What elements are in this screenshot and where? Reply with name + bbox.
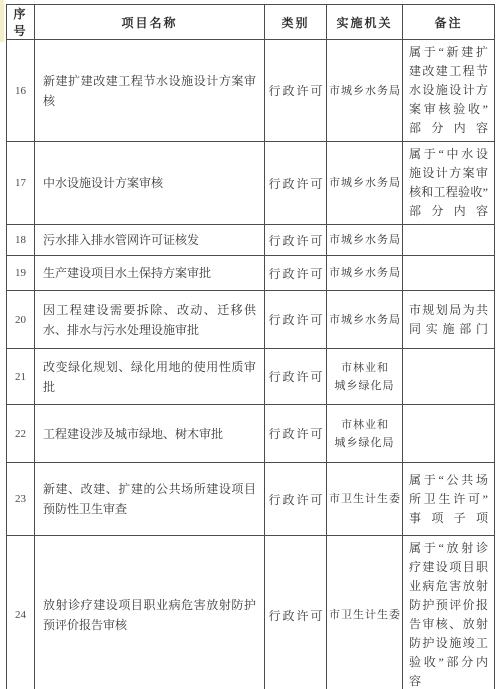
table-row: 17 中水设施设计方案审核 行政许可 市城乡水务局 属于“中水设 施设计方案审 … [7, 142, 495, 225]
table-row: 22 工程建设涉及城市绿地、树木审批 行政许可 市林业和 城乡绿化局 [7, 405, 495, 463]
cell-name: 工程建设涉及城市绿地、树木审批 [35, 405, 265, 463]
header-agency: 实施机关 [327, 5, 403, 40]
cell-agency: 市城乡水务局 [327, 256, 403, 291]
cell-name: 新建扩建改建工程节水设施设计方案审核 [35, 40, 265, 142]
cell-agency: 市城乡水务局 [327, 225, 403, 256]
cell-no: 16 [7, 40, 35, 142]
table-row: 19 生产建设项目水土保持方案审批 行政许可 市城乡水务局 [7, 256, 495, 291]
header-category: 类别 [265, 5, 327, 40]
cell-note: 市规划局为共 同实施部门 [403, 291, 495, 349]
cell-name: 中水设施设计方案审核 [35, 142, 265, 225]
cell-agency: 市城乡水务局 [327, 40, 403, 142]
cell-no: 18 [7, 225, 35, 256]
header-name: 项目名称 [35, 5, 265, 40]
scanned-document-page: { "table": { "headers": ["序号", "项目名称", "… [0, 0, 500, 689]
cell-no: 22 [7, 405, 35, 463]
cell-category: 行政许可 [265, 349, 327, 405]
table-header: 序号 项目名称 类别 实施机关 备注 [7, 5, 495, 40]
cell-no: 17 [7, 142, 35, 225]
cell-no: 23 [7, 463, 35, 536]
cell-name: 污水排入排水管网许可证核发 [35, 225, 265, 256]
cell-note: 属于“中水设 施设计方案审 核和工程验收” 部分内容 [403, 142, 495, 225]
cell-note [403, 405, 495, 463]
cell-category: 行政许可 [265, 40, 327, 142]
table-row: 24 放射诊疗建设项目职业病危害放射防护预评价报告审核 行政许可 市卫生计生委 … [7, 536, 495, 689]
cell-agency: 市林业和 城乡绿化局 [327, 349, 403, 405]
cell-name: 放射诊疗建设项目职业病危害放射防护预评价报告审核 [35, 536, 265, 689]
cell-note [403, 256, 495, 291]
cell-note: 属于“放射诊 疗建设项目职 业病危害放射 防护预评价报 告审核、放射 防护设施竣… [403, 536, 495, 689]
cell-note: 属于“新建扩 建改建工程节 水设施设计方 案审核验收” 部分内容 [403, 40, 495, 142]
cell-note [403, 349, 495, 405]
header-note: 备注 [403, 5, 495, 40]
cell-agency: 市城乡水务局 [327, 291, 403, 349]
approval-items-table: 序号 项目名称 类别 实施机关 备注 16 新建扩建改建工程节水设施设计方案审核… [6, 4, 495, 689]
table-body: 16 新建扩建改建工程节水设施设计方案审核 行政许可 市城乡水务局 属于“新建扩… [7, 40, 495, 689]
cell-category: 行政许可 [265, 463, 327, 536]
cell-name: 生产建设项目水土保持方案审批 [35, 256, 265, 291]
cell-category: 行政许可 [265, 256, 327, 291]
cell-category: 行政许可 [265, 405, 327, 463]
table-row: 16 新建扩建改建工程节水设施设计方案审核 行政许可 市城乡水务局 属于“新建扩… [7, 40, 495, 142]
cell-no: 19 [7, 256, 35, 291]
cell-category: 行政许可 [265, 536, 327, 689]
cell-name: 新建、改建、扩建的公共场所建设项目预防性卫生审查 [35, 463, 265, 536]
cell-note: 属于“公共场 所卫生许可” 事项子项 [403, 463, 495, 536]
table-row: 18 污水排入排水管网许可证核发 行政许可 市城乡水务局 [7, 225, 495, 256]
cell-no: 20 [7, 291, 35, 349]
cell-agency: 市卫生计生委 [327, 536, 403, 689]
cell-agency: 市林业和 城乡绿化局 [327, 405, 403, 463]
cell-no: 21 [7, 349, 35, 405]
table-row: 20 因工程建设需要拆除、改动、迁移供水、排水与污水处理设施审批 行政许可 市城… [7, 291, 495, 349]
header-row: 序号 项目名称 类别 实施机关 备注 [7, 5, 495, 40]
cell-name: 改变绿化规划、绿化用地的使用性质审批 [35, 349, 265, 405]
cell-agency: 市卫生计生委 [327, 463, 403, 536]
table-row: 21 改变绿化规划、绿化用地的使用性质审批 行政许可 市林业和 城乡绿化局 [7, 349, 495, 405]
header-no: 序号 [7, 5, 35, 40]
cell-name: 因工程建设需要拆除、改动、迁移供水、排水与污水处理设施审批 [35, 291, 265, 349]
cell-category: 行政许可 [265, 225, 327, 256]
cell-note [403, 225, 495, 256]
cell-category: 行政许可 [265, 142, 327, 225]
cell-no: 24 [7, 536, 35, 689]
table-row: 23 新建、改建、扩建的公共场所建设项目预防性卫生审查 行政许可 市卫生计生委 … [7, 463, 495, 536]
cell-agency: 市城乡水务局 [327, 142, 403, 225]
cell-category: 行政许可 [265, 291, 327, 349]
scan-edge-artifact [0, 0, 4, 42]
